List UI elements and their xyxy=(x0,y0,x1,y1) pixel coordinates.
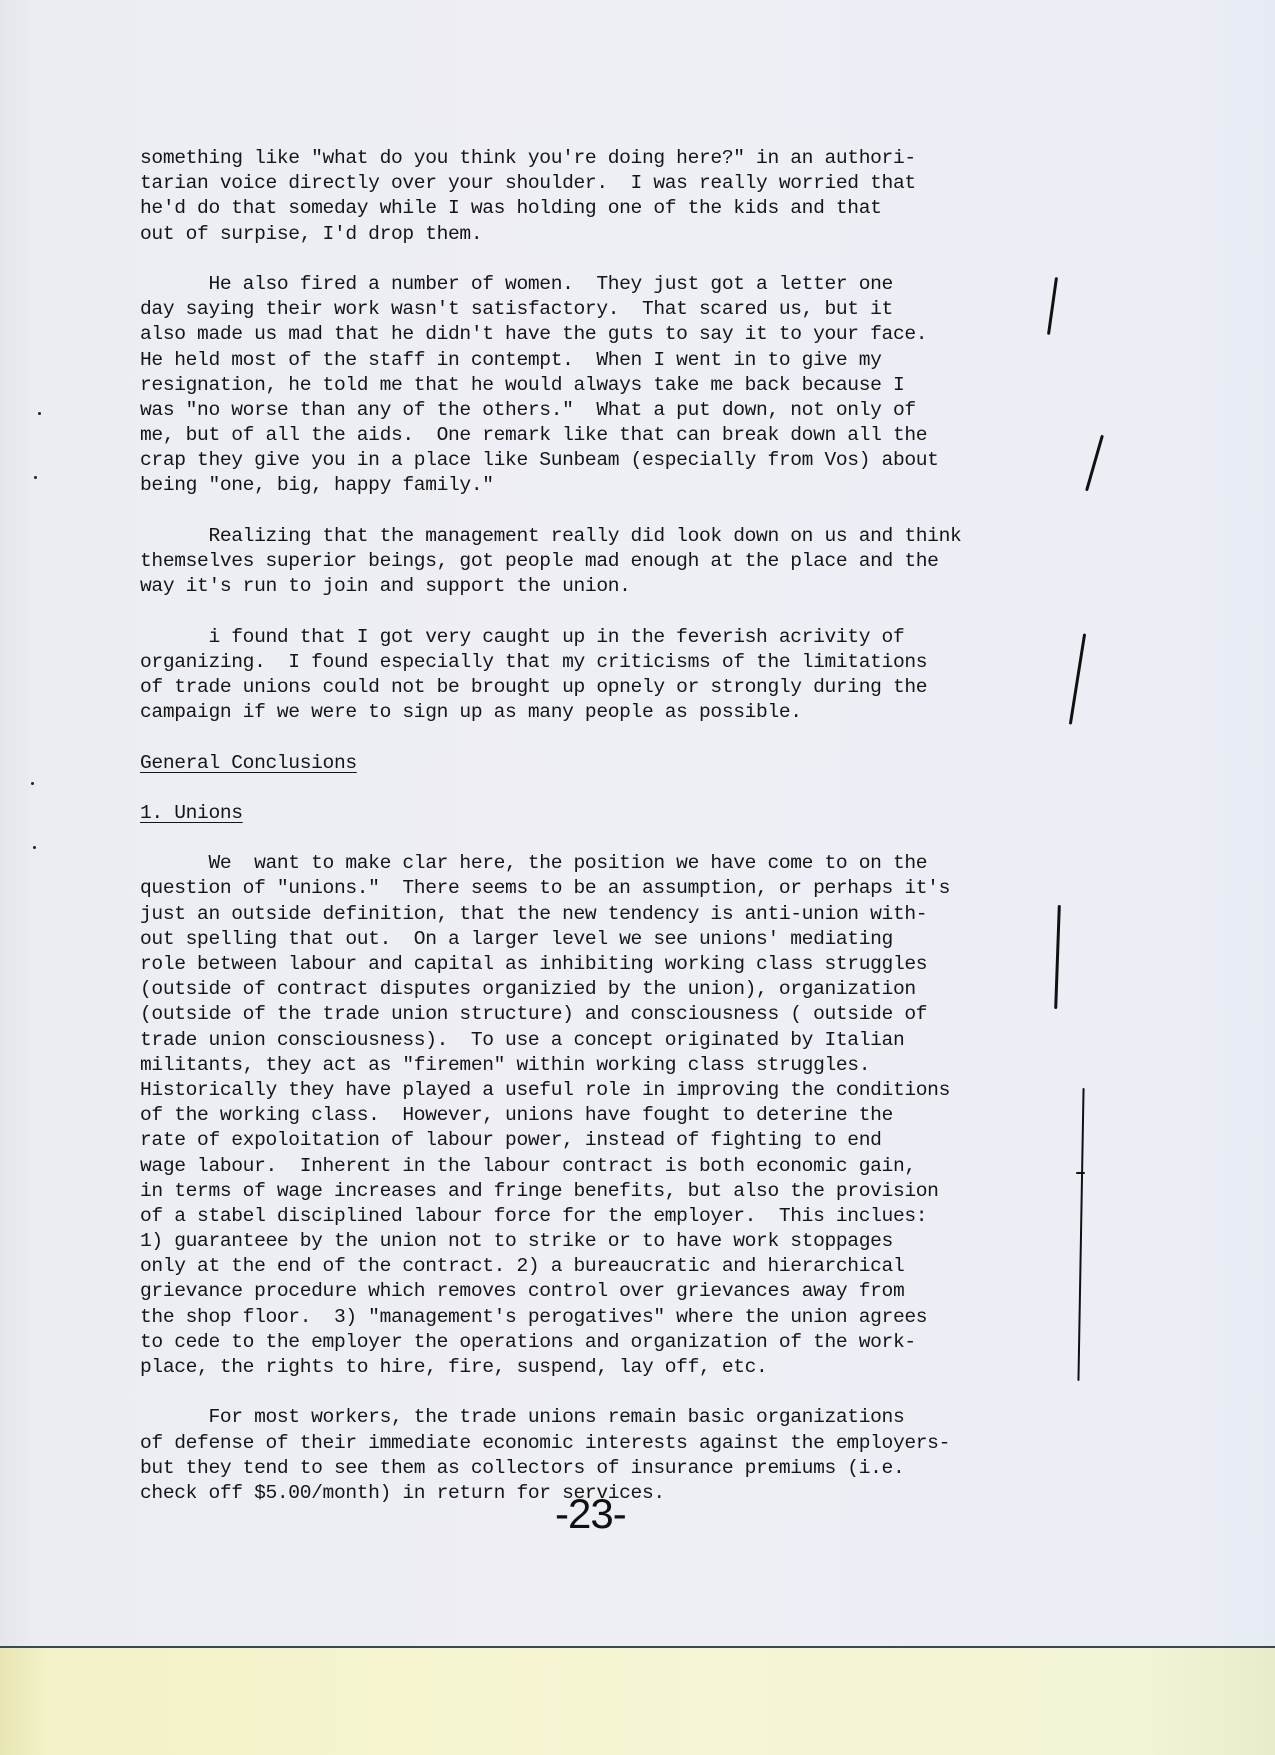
section-heading-general-conclusions: General Conclusions xyxy=(140,751,1040,776)
text-line: campaign if we were to sign up as many p… xyxy=(140,700,1040,725)
text-line: to cede to the employer the operations a… xyxy=(140,1330,1040,1355)
margin-mark-3 xyxy=(1069,633,1086,724)
text-line: For most workers, the trade unions remai… xyxy=(140,1405,1040,1430)
edge-dot xyxy=(31,782,34,785)
page-number: -23- xyxy=(555,1490,626,1538)
text-line: of the working class. However, unions ha… xyxy=(140,1103,1040,1128)
text-line: being "one, big, happy family." xyxy=(140,473,1040,498)
paragraph-1: something like "what do you think you're… xyxy=(140,146,1040,247)
text-line: crap they give you in a place like Sunbe… xyxy=(140,448,1040,473)
paragraph-2: He also fired a number of women. They ju… xyxy=(140,272,1040,499)
text-line: (outside of contract disputes organizied… xyxy=(140,977,1040,1002)
edge-dot xyxy=(38,412,41,415)
edge-dot xyxy=(34,476,37,479)
margin-bracket xyxy=(1077,1088,1084,1381)
subsection-heading-unions: 1. Unions xyxy=(140,801,1040,826)
text-line: in terms of wage increases and fringe be… xyxy=(140,1179,1040,1204)
text-line: something like "what do you think you're… xyxy=(140,146,1040,171)
text-line: i found that I got very caught up in the… xyxy=(140,625,1040,650)
text-line: trade union consciousness). To use a con… xyxy=(140,1028,1040,1053)
text-line: just an outside definition, that the new… xyxy=(140,902,1040,927)
text-line: only at the end of the contract. 2) a bu… xyxy=(140,1254,1040,1279)
text-line: themselves superior beings, got people m… xyxy=(140,549,1040,574)
margin-mark-4 xyxy=(1054,905,1061,1009)
text-line: role between labour and capital as inhib… xyxy=(140,952,1040,977)
text-line: also made us mad that he didn't have the… xyxy=(140,322,1040,347)
text-line: (outside of the trade union structure) a… xyxy=(140,1002,1040,1027)
paragraph-5: We want to make clar here, the position … xyxy=(140,851,1040,1380)
text-line: out of surpise, I'd drop them. xyxy=(140,222,1040,247)
text-line: of a stabel disciplined labour force for… xyxy=(140,1204,1040,1229)
text-line: resignation, he told me that he would al… xyxy=(140,373,1040,398)
text-line: the shop floor. 3) "management's perogat… xyxy=(140,1305,1040,1330)
scan-background-strip xyxy=(0,1646,1275,1755)
text-line: place, the rights to hire, fire, suspend… xyxy=(140,1355,1040,1380)
text-line: question of "unions." There seems to be … xyxy=(140,876,1040,901)
text-line: he'd do that someday while I was holding… xyxy=(140,196,1040,221)
text-line: was "no worse than any of the others." W… xyxy=(140,398,1040,423)
paragraph-4: i found that I got very caught up in the… xyxy=(140,625,1040,726)
text-line: tarian voice directly over your shoulder… xyxy=(140,171,1040,196)
text-line: He held most of the staff in contempt. W… xyxy=(140,348,1040,373)
margin-mark-1 xyxy=(1047,277,1058,335)
text-line: He also fired a number of women. They ju… xyxy=(140,272,1040,297)
edge-dot xyxy=(33,846,36,849)
text-line: of trade unions could not be brought up … xyxy=(140,675,1040,700)
text-line: rate of expoloitation of labour power, i… xyxy=(140,1128,1040,1153)
text-line: out spelling that out. On a larger level… xyxy=(140,927,1040,952)
text-line: wage labour. Inherent in the labour cont… xyxy=(140,1154,1040,1179)
text-line: We want to make clar here, the position … xyxy=(140,851,1040,876)
text-line: 1) guaranteee by the union not to strike… xyxy=(140,1229,1040,1254)
text-line: but they tend to see them as collectors … xyxy=(140,1456,1040,1481)
paragraph-3: Realizing that the management really did… xyxy=(140,524,1040,600)
text-line: day saying their work wasn't satisfactor… xyxy=(140,297,1040,322)
text-line: militants, they act as "firemen" within … xyxy=(140,1053,1040,1078)
text-line: way it's run to join and support the uni… xyxy=(140,574,1040,599)
text-line: Realizing that the management really did… xyxy=(140,524,1040,549)
body-text: something like "what do you think you're… xyxy=(140,146,1040,1506)
text-line: Historically they have played a useful r… xyxy=(140,1078,1040,1103)
margin-bracket-tick xyxy=(1076,1172,1085,1174)
text-line: me, but of all the aids. One remark like… xyxy=(140,423,1040,448)
text-line: of defense of their immediate economic i… xyxy=(140,1431,1040,1456)
text-line: organizing. I found especially that my c… xyxy=(140,650,1040,675)
margin-mark-2 xyxy=(1085,435,1104,492)
text-line: grievance procedure which removes contro… xyxy=(140,1279,1040,1304)
document-page: something like "what do you think you're… xyxy=(0,0,1275,1646)
